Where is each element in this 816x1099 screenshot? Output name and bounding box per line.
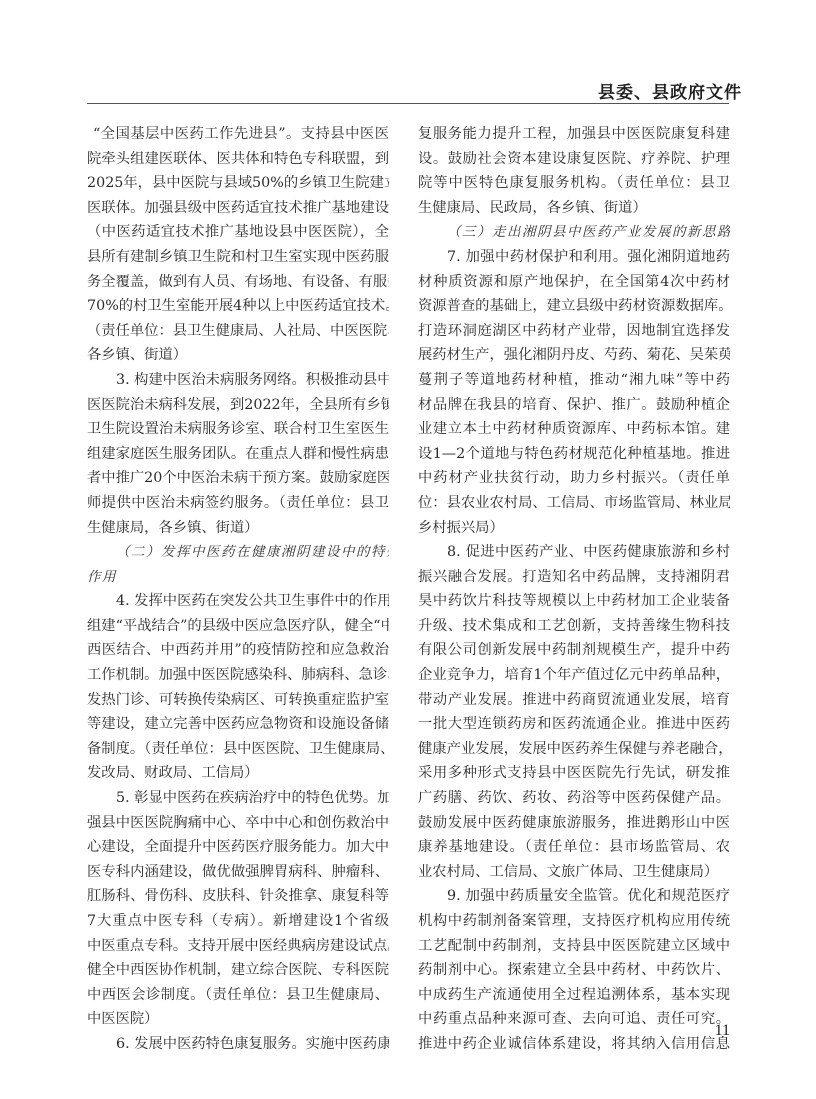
text-line: 县所有建制乡镇卫生院和村卫生室实现中医药服 bbox=[87, 245, 389, 270]
text-line: 带动产业发展。推进中药商贸流通业发展，培育 bbox=[418, 688, 730, 713]
text-line: 医联体。加强县级中医药适宜技术推广基地建设 bbox=[87, 196, 389, 221]
text-line: 设1—2个道地与特色药材规范化种植基地。推进 bbox=[418, 442, 730, 467]
text-line: 心建设，全面提升中医药医疗服务能力。加大中 bbox=[87, 835, 389, 860]
text-line: 健康产业发展，发展中医药养生保健与养老融合， bbox=[418, 737, 730, 762]
text-line: 采用多种形式支持县中医医院先行先试，研发推 bbox=[418, 761, 730, 786]
text-line: 肛肠科、骨伤科、皮肤科、针灸推拿、康复科等 bbox=[87, 884, 389, 909]
text-line: 各乡镇、街道） bbox=[87, 343, 389, 368]
text-line: 中成药生产流通使用全过程追溯体系，基本实现 bbox=[418, 983, 730, 1008]
text-line: 卫生院设置治未病服务诊室、联合村卫生室医生 bbox=[87, 417, 389, 442]
text-line: “全国基层中医药工作先进县”。支持县中医医 bbox=[87, 122, 389, 147]
text-line: 振兴融合发展。打造知名中药品牌，支持湘阴君 bbox=[418, 565, 730, 590]
text-line: 中药材产业扶贫行动，助力乡村振兴。（责任单 bbox=[418, 466, 730, 491]
text-line: 院等中医特色康复服务机构。（责任单位：县卫 bbox=[418, 171, 730, 196]
text-line: 药制剂中心。探索建立全县中药材、中药饮片、 bbox=[418, 958, 730, 983]
text-line: 机构中药制剂备案管理，支持医疗机构应用传统 bbox=[418, 909, 730, 934]
text-line: 材种质资源和原产地保护，在全国第4次中药材 bbox=[418, 270, 730, 295]
text-line: 展药材生产，强化湘阴丹皮、芍药、菊花、吴茱萸、 bbox=[418, 343, 730, 368]
text-line: 西医结合、中西药并用”的疫情防控和应急救治 bbox=[87, 638, 389, 663]
text-line: 升级、技术集成和工艺创新，支持善缘生物科技 bbox=[418, 614, 730, 639]
text-line: 有限公司创新发展中药制剂规模生产，提升中药 bbox=[418, 638, 730, 663]
section-heading-line: （三）走出湘阴县中医药产业发展的新思路 bbox=[418, 220, 730, 245]
text-line: 组建“平战结合”的县级中医应急医疗队，健全“中 bbox=[87, 614, 389, 639]
text-line: 7. 加强中药材保护和利用。强化湘阴道地药 bbox=[418, 245, 730, 270]
text-line: 鼓励发展中医药健康旅游服务，推进鹅形山中医 bbox=[418, 811, 730, 836]
header-rule bbox=[87, 103, 729, 104]
text-line: 打造环洞庭湖区中药材产业带，因地制宜选择发 bbox=[418, 319, 730, 344]
text-line: 乡村振兴局） bbox=[418, 516, 730, 541]
left-column: “全国基层中医药工作先进县”。支持县中医医院牵头组建医联体、医共体和特色专科联盟… bbox=[87, 122, 389, 1057]
text-line: 生健康局、民政局，各乡镇、街道） bbox=[418, 196, 730, 221]
text-line: 医专科内涵建设，做优做强脾胃病科、肿瘤科、 bbox=[87, 860, 389, 885]
text-line: （责任单位：县卫生健康局、人社局、中医医院、 bbox=[87, 319, 389, 344]
text-line: 者中推广20个中医治未病干预方案。鼓励家庭医 bbox=[87, 466, 389, 491]
text-line: 资源普查的基础上，建立县级中药材资源数据库。 bbox=[418, 294, 730, 319]
text-line: 中药重点品种来源可查、去向可追、责任可究。 bbox=[418, 1007, 730, 1032]
text-line: 工作机制。加强中医医院感染科、肺病科、急诊、 bbox=[87, 663, 389, 688]
text-line: 发热门诊、可转换传染病区、可转换重症监护室 bbox=[87, 688, 389, 713]
text-line: 2025年，县中医院与县域50%的乡镇卫生院建立 bbox=[87, 171, 389, 196]
text-line: 院牵头组建医联体、医共体和特色专科联盟，到 bbox=[87, 147, 389, 172]
text-line: 生健康局，各乡镇、街道） bbox=[87, 516, 389, 541]
text-line: 9. 加强中药质量安全监管。优化和规范医疗 bbox=[418, 884, 730, 909]
text-line: 康养基地建设。（责任单位：县市场监管局、农 bbox=[418, 835, 730, 860]
text-line: 企业竞争力，培育1个年产值过亿元中药单品种， bbox=[418, 663, 730, 688]
text-line: 70%的村卫生室能开展4种以上中医药适宜技术。 bbox=[87, 294, 389, 319]
text-line: 推进中药企业诚信体系建设，将其纳入信用信息 bbox=[418, 1032, 730, 1057]
text-line: 业建立本土中药材种质资源库、中药标本馆。建 bbox=[418, 417, 730, 442]
text-line: 位：县农业农村局、工信局、市场监管局、林业局、 bbox=[418, 491, 730, 516]
text-line: 健全中西医协作机制，建立综合医院、专科医院 bbox=[87, 958, 389, 983]
text-line: 复服务能力提升工程，加强县中医医院康复科建 bbox=[418, 122, 730, 147]
text-line: 备制度。（责任单位：县中医医院、卫生健康局、 bbox=[87, 737, 389, 762]
text-line: 中西医会诊制度。（责任单位：县卫生健康局、 bbox=[87, 983, 389, 1008]
text-line: 中医医院） bbox=[87, 1007, 389, 1032]
text-line: 医医院治未病科发展，到2022年，全县所有乡镇 bbox=[87, 393, 389, 418]
text-line: 蔓荆子等道地药材种植，推动“湘九味”等中药 bbox=[418, 368, 730, 393]
text-line: 业农村局、工信局、文旅广体局、卫生健康局） bbox=[418, 860, 730, 885]
text-line: 工艺配制中药制剂，支持县中医医院建立区域中 bbox=[418, 934, 730, 959]
text-line: 一批大型连锁药房和医药流通企业。推进中医药 bbox=[418, 712, 730, 737]
text-line: 6. 发展中医药特色康复服务。实施中医药康 bbox=[87, 1032, 389, 1057]
page-number: 11 bbox=[700, 1022, 730, 1040]
text-line: 师提供中医治未病签约服务。（责任单位：县卫 bbox=[87, 491, 389, 516]
right-column: 复服务能力提升工程，加强县中医医院康复科建设。鼓励社会资本建设康复医院、疗养院、… bbox=[418, 122, 730, 1057]
text-line: 强县中医医院胸痛中心、卒中中心和创伤救治中 bbox=[87, 811, 389, 836]
text-line: 发改局、财政局、工信局） bbox=[87, 761, 389, 786]
section-heading-line: 作用 bbox=[87, 565, 389, 590]
text-line: 昊中药饮片科技等规模以上中药材加工企业装备 bbox=[418, 589, 730, 614]
text-line: 5. 彰显中医药在疾病治疗中的特色优势。加 bbox=[87, 786, 389, 811]
text-line: 设。鼓励社会资本建设康复医院、疗养院、护理 bbox=[418, 147, 730, 172]
section-heading-line: （二）发挥中医药在健康湘阴建设中的特殊 bbox=[87, 540, 389, 565]
text-line: 中医重点专科。支持开展中医经典病房建设试点。 bbox=[87, 934, 389, 959]
text-line: 广药膳、药饮、药妆、药浴等中医药保健产品。 bbox=[418, 786, 730, 811]
text-line: 务全覆盖，做到有人员、有场地、有设备、有服务。 bbox=[87, 270, 389, 295]
text-line: 8. 促进中医药产业、中医药健康旅游和乡村 bbox=[418, 540, 730, 565]
text-line: 3. 构建中医治未病服务网络。积极推动县中 bbox=[87, 368, 389, 393]
text-line: 组建家庭医生服务团队。在重点人群和慢性病患 bbox=[87, 442, 389, 467]
text-line: 等建设，建立完善中医药应急物资和设施设备储 bbox=[87, 712, 389, 737]
page-header-title: 县委、县政府文件 bbox=[598, 78, 730, 103]
text-line: （中医药适宜技术推广基地设县中医医院），全 bbox=[87, 220, 389, 245]
text-line: 4. 发挥中医药在突发公共卫生事件中的作用。 bbox=[87, 589, 389, 614]
text-line: 材品牌在我县的培育、保护、推广。鼓励种植企 bbox=[418, 393, 730, 418]
text-line: 7大重点中医专科（专病）。新增建设1个省级 bbox=[87, 909, 389, 934]
